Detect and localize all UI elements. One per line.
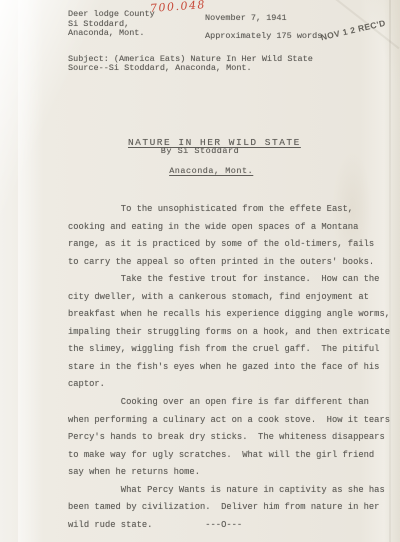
handwritten-file-number: 700.048 — [150, 0, 207, 15]
sender-address-block: Deer lodge County Si Stoddard, Anaconda,… — [68, 10, 155, 39]
document-body: To the unsophisticated from the effete E… — [68, 201, 390, 534]
document-date: November 7, 1941 — [205, 13, 287, 23]
byline: By Si Stoddard — [0, 146, 400, 156]
paragraph-4-with-end-mark: What Percy Wants is nature in captivity … — [68, 482, 390, 535]
paragraph-3: Cooking over an open fire is far differe… — [68, 394, 390, 482]
byline-location: Anaconda, Mont. — [0, 156, 400, 186]
paper-light-streak — [18, 0, 44, 542]
scanned-document-page: 700.048 Deer lodge County Si Stoddard, A… — [0, 0, 400, 542]
word-count-note: Approximately 175 words — [205, 31, 322, 41]
byline-location-text: Anaconda, Mont. — [169, 166, 253, 176]
paragraph-1: To the unsophisticated from the effete E… — [68, 201, 390, 271]
source-line: Source--Si Stoddard, Anaconda, Mont. — [68, 63, 252, 73]
paragraph-2: Take the festive trout for instance. How… — [68, 271, 390, 394]
